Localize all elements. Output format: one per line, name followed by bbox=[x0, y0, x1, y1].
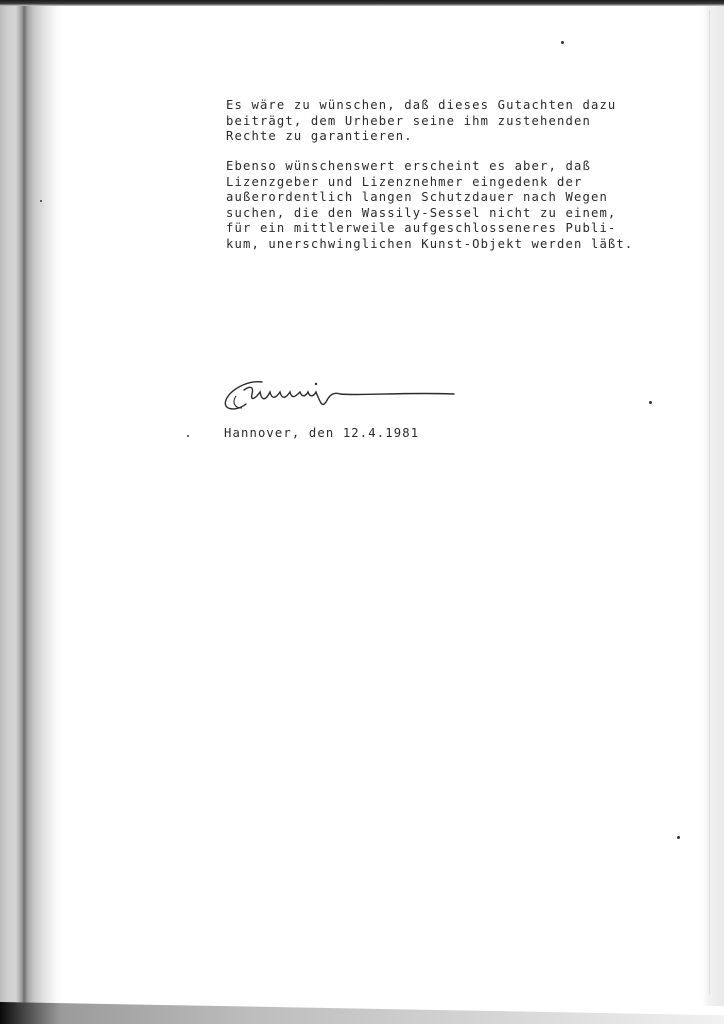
paragraph-2-line: für ein mittlerweile aufgeschlosseneres … bbox=[226, 221, 633, 237]
scan-speck bbox=[40, 200, 42, 202]
page-right-edge bbox=[702, 6, 724, 1006]
scan-speck bbox=[561, 41, 564, 44]
paragraph-1-line: beiträgt, dem Urheber seine ihm zustehen… bbox=[226, 114, 616, 130]
page-bottom-shadow bbox=[0, 1002, 724, 1024]
page-top-edge bbox=[0, 0, 724, 6]
paragraph-2-line: Lizenzgeber und Lizenznehmer eingedenk d… bbox=[226, 175, 633, 191]
scan-speck bbox=[187, 435, 189, 437]
paragraph-2-line: außerordentlich langen Schutzdauer nach … bbox=[226, 190, 633, 206]
page-right-edge-line bbox=[709, 10, 710, 995]
place-and-date: Hannover, den 12.4.1981 bbox=[224, 426, 419, 442]
paragraph-2: Ebenso wünschenswert erscheint es aber, … bbox=[226, 159, 633, 253]
scanned-page: Es wäre zu wünschen, daß dieses Gutachte… bbox=[0, 0, 724, 1024]
paragraph-1-line: Es wäre zu wünschen, daß dieses Gutachte… bbox=[226, 98, 616, 114]
scan-speck bbox=[649, 401, 652, 404]
paragraph-2-line: suchen, die den Wassily-Sessel nicht zu … bbox=[226, 206, 633, 222]
paragraph-1: Es wäre zu wünschen, daß dieses Gutachte… bbox=[226, 98, 616, 145]
binding-shadow bbox=[0, 0, 60, 1024]
paragraph-2-line: Ebenso wünschenswert erscheint es aber, … bbox=[226, 159, 633, 175]
paragraph-2-line: kum, unerschwinglichen Kunst-Objekt werd… bbox=[226, 237, 633, 253]
paragraph-1-line: Rechte zu garantieren. bbox=[226, 129, 616, 145]
scan-speck bbox=[677, 836, 680, 839]
signature bbox=[222, 372, 458, 420]
